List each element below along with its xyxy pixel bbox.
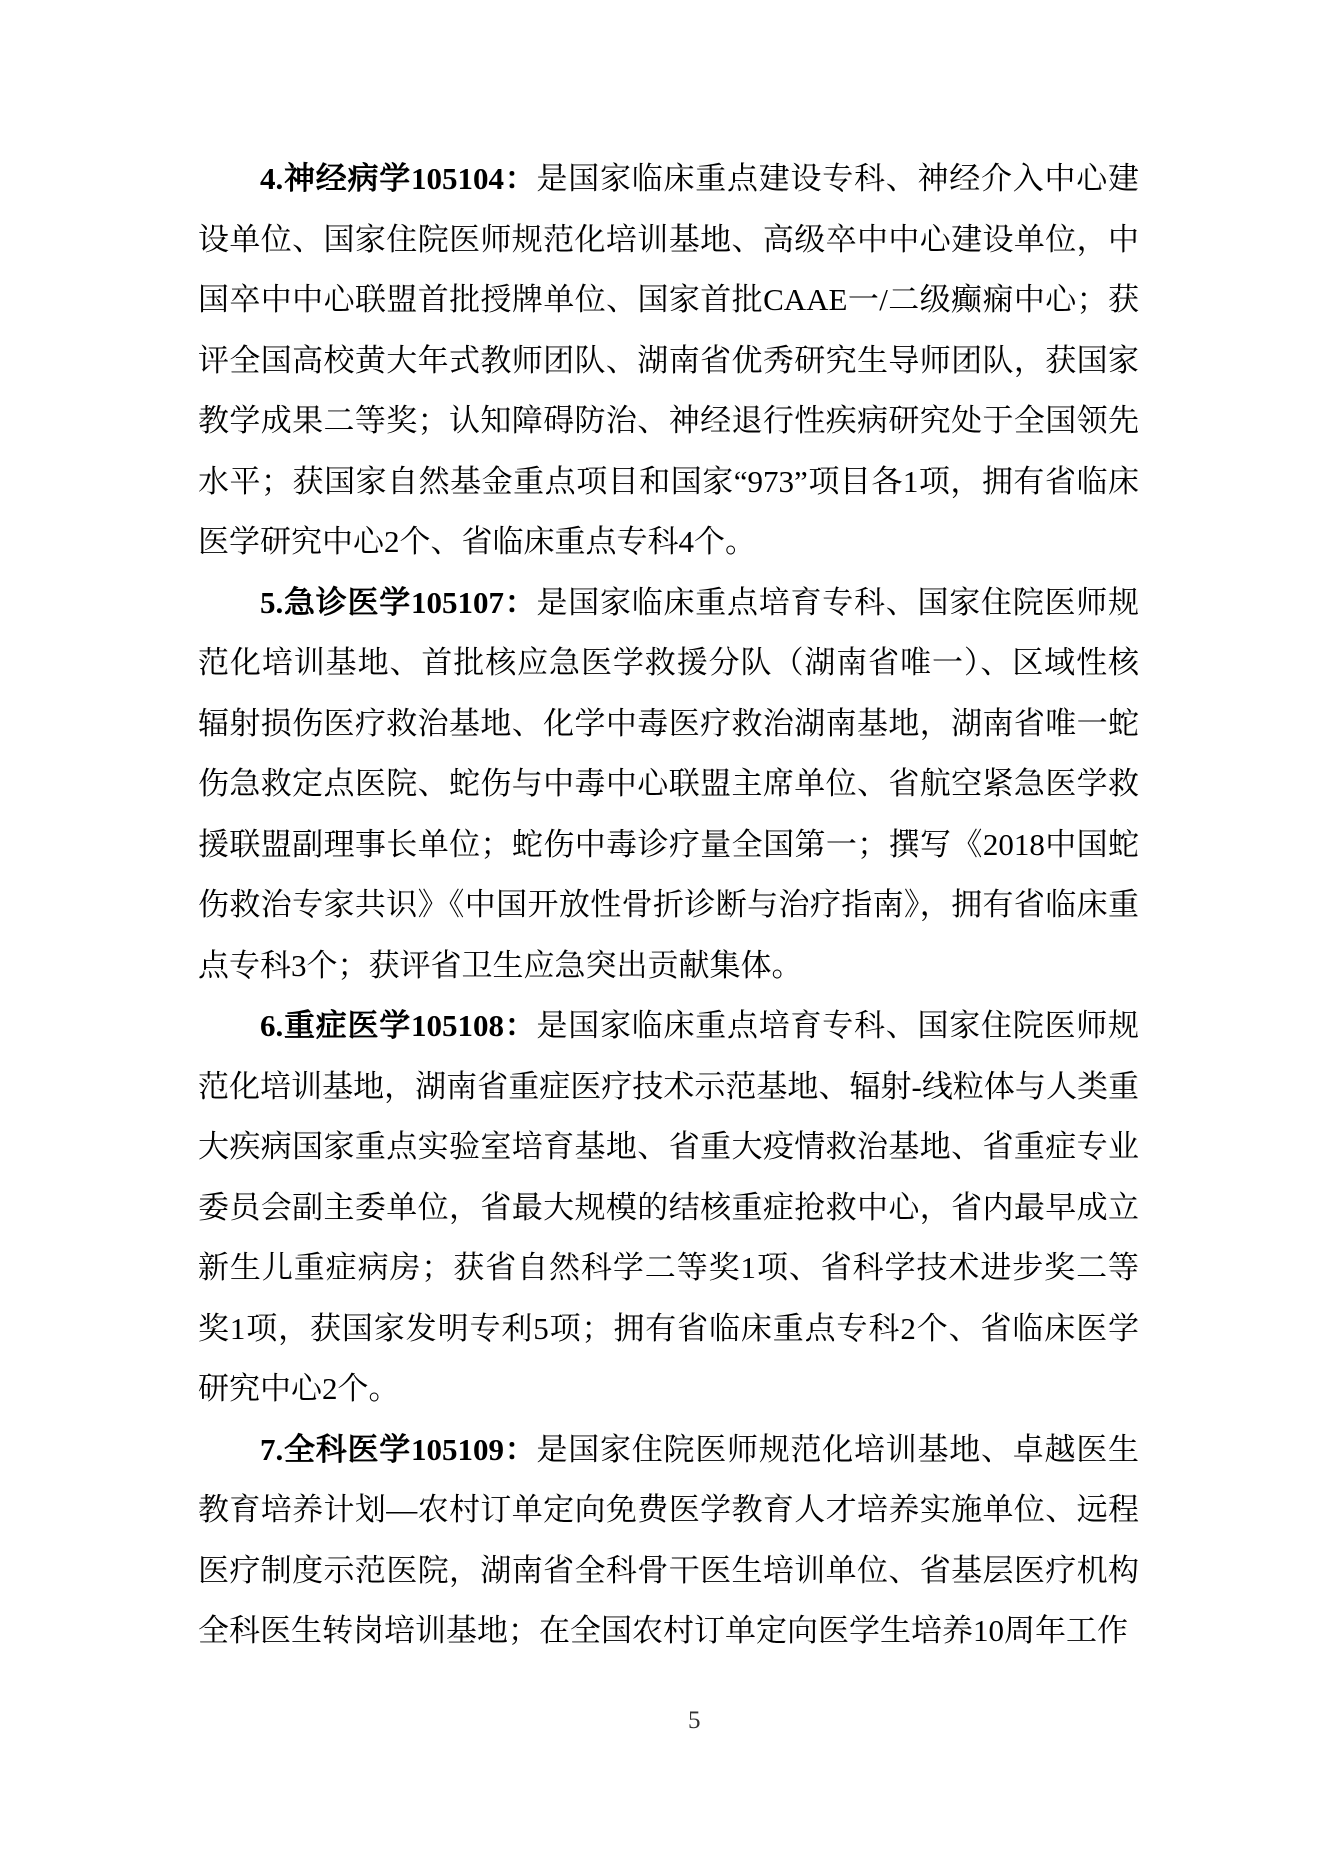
paragraph-heading: 4.神经病学105104：: [260, 161, 537, 196]
paragraph-body: 是国家临床重点培育专科、国家住院医师规范化培训基地，湖南省重症医疗技术示范基地、…: [198, 1008, 1139, 1406]
paragraph-general-practice: 7.全科医学105109：是国家住院医师规范化培训基地、卓越医生教育培养计划—农…: [198, 1420, 1139, 1662]
paragraph-body: 是国家临床重点培育专科、国家住院医师规范化培训基地、首批核应急医学救援分队（湖南…: [198, 585, 1139, 983]
paragraph-body: 是国家临床重点建设专科、神经介入中心建设单位、国家住院医师规范化培训基地、高级卒…: [198, 161, 1139, 559]
paragraph-emergency-medicine: 5.急诊医学105107：是国家临床重点培育专科、国家住院医师规范化培训基地、首…: [198, 573, 1139, 997]
page-content: 4.神经病学105104：是国家临床重点建设专科、神经介入中心建设单位、国家住院…: [198, 149, 1139, 1662]
paragraph-heading: 6.重症医学105108：: [260, 1008, 537, 1043]
paragraph-neurology: 4.神经病学105104：是国家临床重点建设专科、神经介入中心建设单位、国家住院…: [198, 149, 1139, 573]
paragraph-critical-care-medicine: 6.重症医学105108：是国家临床重点培育专科、国家住院医师规范化培训基地，湖…: [198, 996, 1139, 1420]
page-number: 5: [688, 1706, 701, 1736]
document-page: 4.神经病学105104：是国家临床重点建设专科、神经介入中心建设单位、国家住院…: [0, 0, 1323, 1871]
paragraph-heading: 7.全科医学105109：: [260, 1432, 537, 1467]
paragraph-heading: 5.急诊医学105107：: [260, 585, 537, 620]
